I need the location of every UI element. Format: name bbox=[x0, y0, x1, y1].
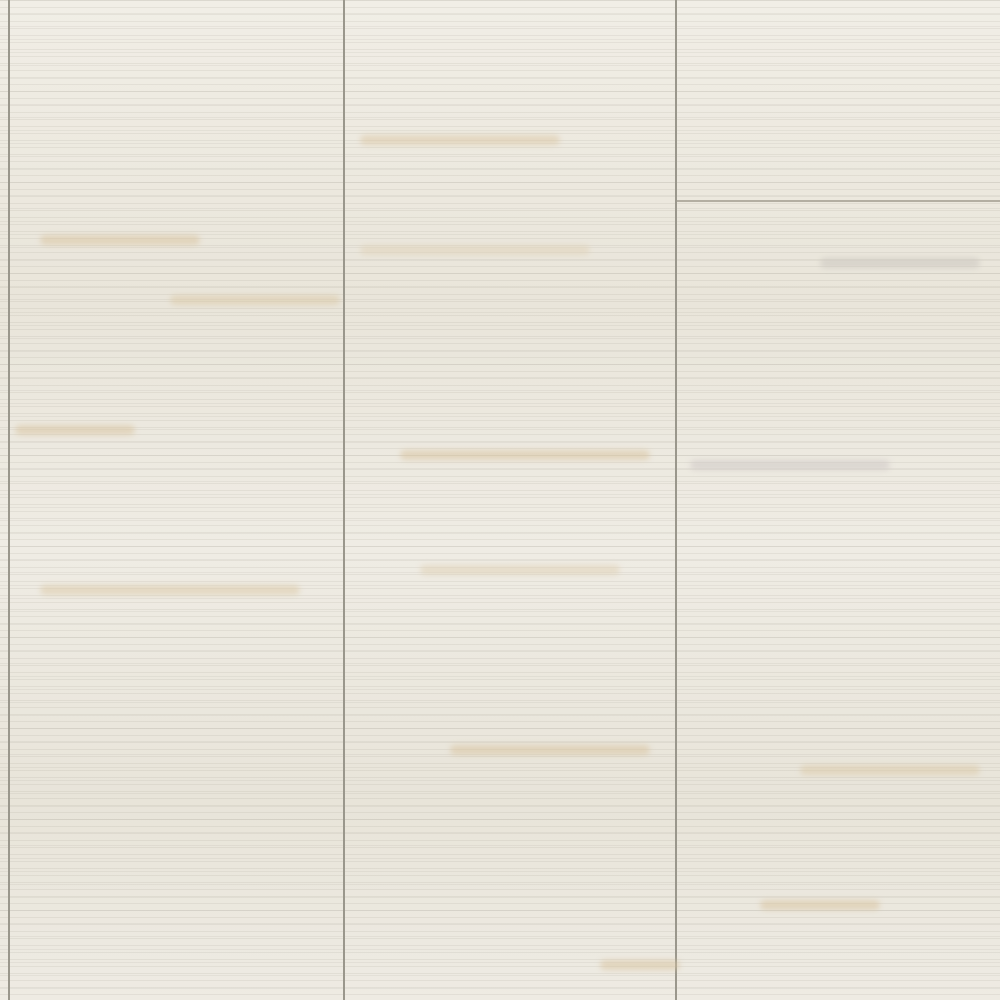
wood-streak bbox=[800, 765, 980, 775]
plank-joint bbox=[677, 200, 1000, 202]
wood-streak bbox=[420, 565, 620, 575]
plank-edge bbox=[0, 0, 8, 1000]
wood-streak bbox=[690, 460, 890, 470]
plank-middle bbox=[345, 0, 675, 1000]
wood-streak bbox=[760, 900, 880, 910]
wood-streak bbox=[450, 745, 650, 755]
wood-streak bbox=[40, 235, 200, 245]
plank-right bbox=[677, 0, 1000, 1000]
wood-streak bbox=[15, 425, 135, 435]
wood-streak bbox=[360, 245, 590, 255]
wood-streak bbox=[820, 258, 980, 268]
wood-streak bbox=[170, 295, 340, 305]
plank-left bbox=[10, 0, 343, 1000]
wood-plank-texture bbox=[0, 0, 1000, 1000]
wood-streak bbox=[40, 585, 300, 595]
wood-streak bbox=[400, 450, 650, 460]
wood-streak bbox=[600, 960, 680, 970]
wood-streak bbox=[360, 135, 560, 145]
